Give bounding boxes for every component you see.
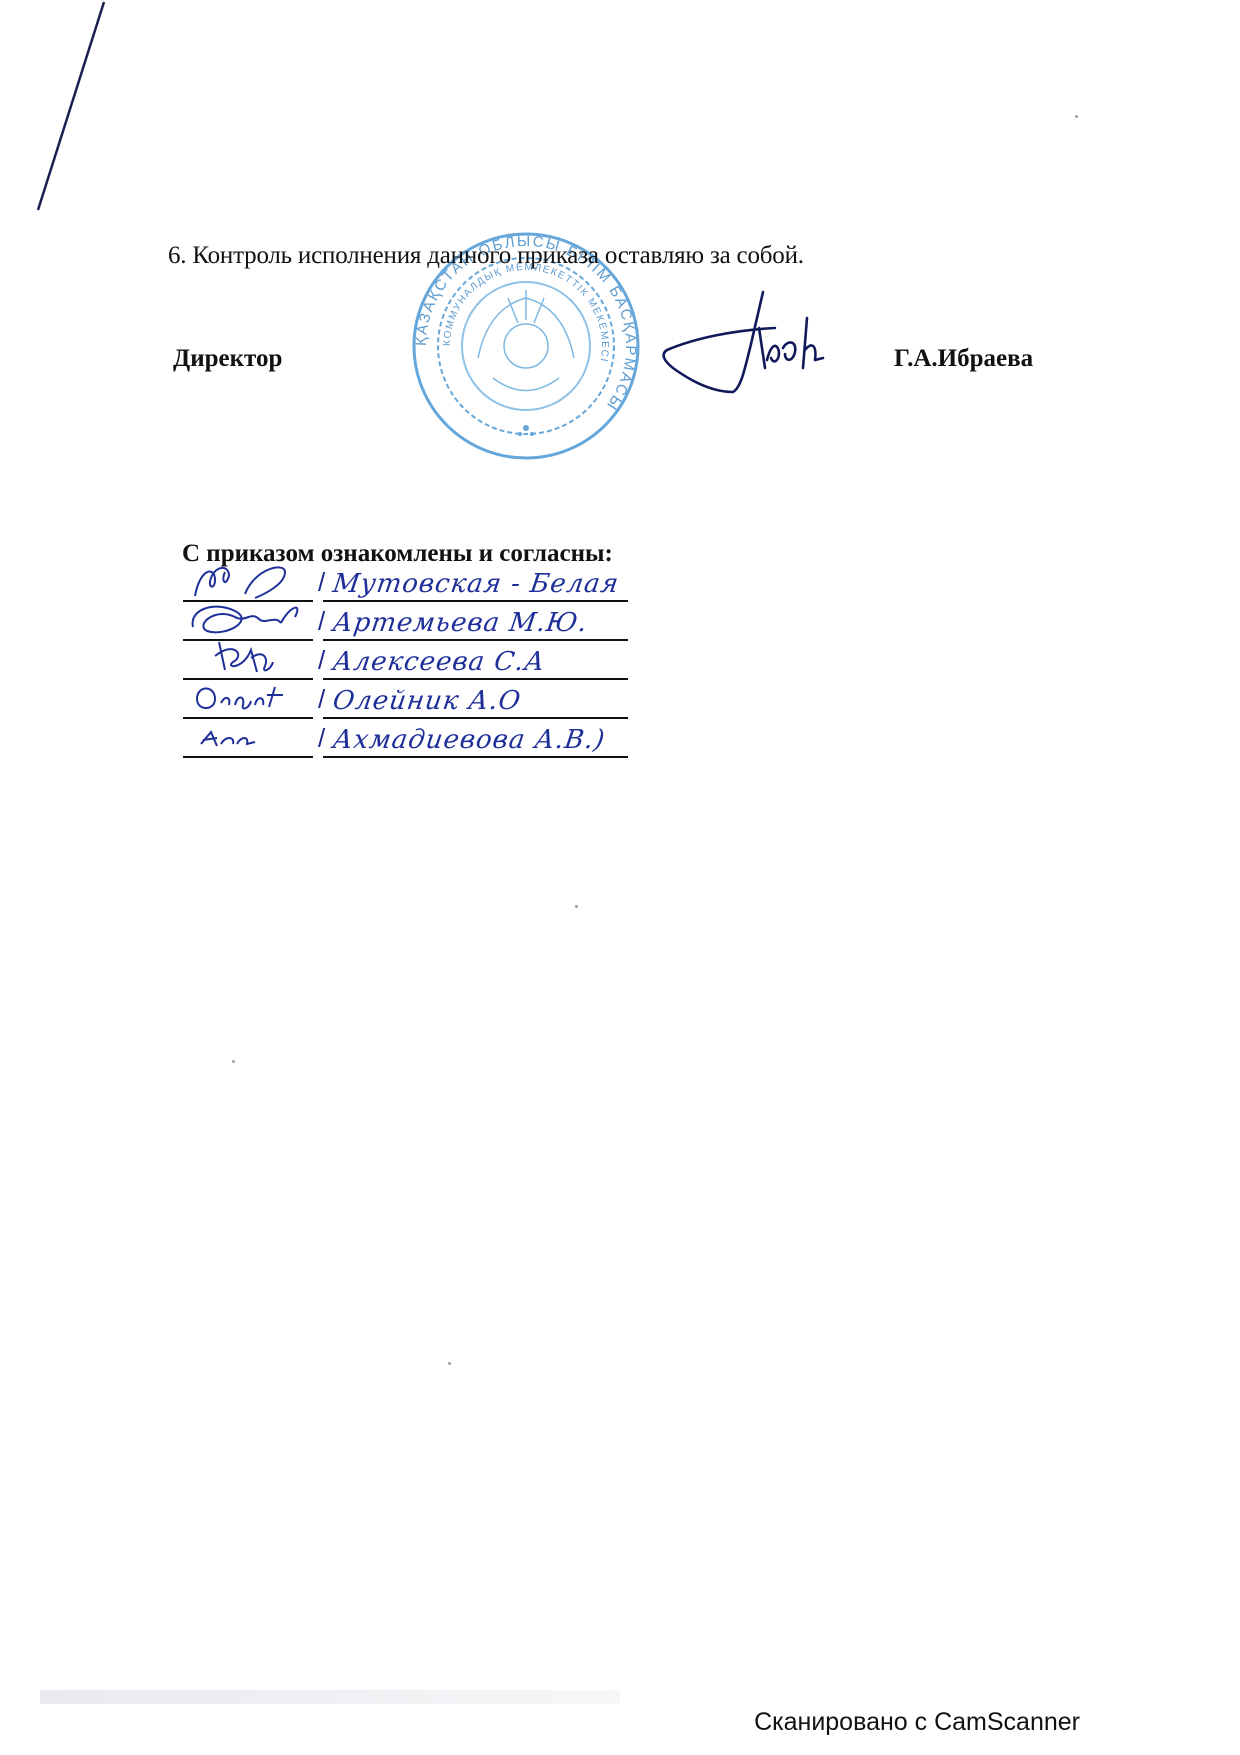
scan-speck xyxy=(1075,115,1078,118)
scan-speck xyxy=(575,905,578,908)
separator: / xyxy=(318,567,325,598)
handwritten-signature-icon xyxy=(185,597,310,639)
handwritten-signature-icon xyxy=(185,558,310,600)
signature-line xyxy=(183,756,313,758)
acknowledger-name: Мутовская - Белая xyxy=(331,569,635,599)
name-line xyxy=(323,756,628,758)
director-name: Г.А.Ибраева xyxy=(894,345,1033,373)
scan-edge-line xyxy=(0,0,140,230)
scan-speck xyxy=(448,1362,451,1365)
handwritten-signature-icon xyxy=(185,714,310,756)
ack-row: / Олейник А.О xyxy=(183,679,633,719)
director-signature-icon xyxy=(655,288,855,398)
scan-speck xyxy=(232,1060,235,1063)
camscanner-watermark: Сканировано с CamScanner xyxy=(754,1708,1080,1737)
ack-row: / Алексеева С.А xyxy=(183,640,633,680)
handwritten-signature-icon xyxy=(185,636,310,678)
acknowledgement-signature-list: / Мутовская - Белая / Артемьева М.Ю. / А… xyxy=(183,562,633,762)
clause-6-text: 6. Контроль исполнения данного приказа о… xyxy=(168,242,804,270)
acknowledger-name: Артемьева М.Ю. xyxy=(331,608,635,638)
ack-row: / Артемьева М.Ю. xyxy=(183,601,633,641)
separator: / xyxy=(318,606,325,637)
separator: / xyxy=(318,684,325,715)
acknowledger-name: Алексеева С.А xyxy=(331,647,635,677)
director-label: Директор xyxy=(173,345,282,373)
separator: / xyxy=(318,723,325,754)
ack-row: / Ахмадиевова А.В.) xyxy=(183,718,633,758)
acknowledger-name: Ахмадиевова А.В.) xyxy=(331,725,635,755)
separator: / xyxy=(318,645,325,676)
faint-bleed-through xyxy=(40,1690,620,1704)
ack-row: / Мутовская - Белая xyxy=(183,562,633,602)
acknowledger-name: Олейник А.О xyxy=(331,686,635,716)
handwritten-signature-icon xyxy=(185,675,310,717)
